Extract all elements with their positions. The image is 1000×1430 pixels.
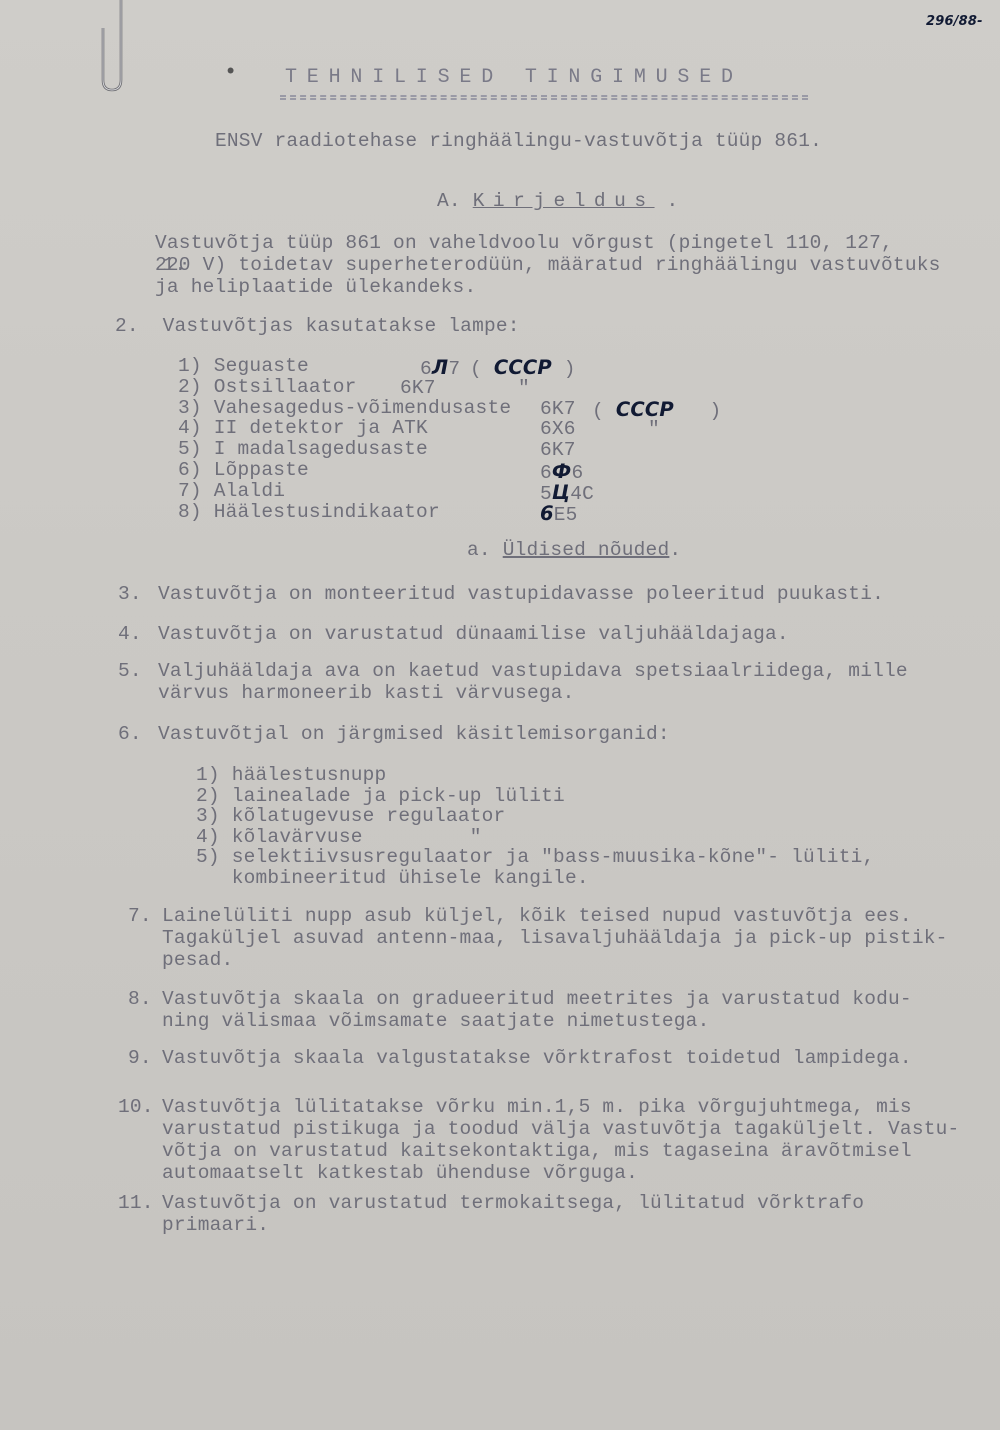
control-item: 2) lainealade ja pick-up lüliti xyxy=(196,786,565,807)
title-double-rule xyxy=(280,95,808,100)
text-line: Vastuvõtja on varustatud dünaamilise val… xyxy=(158,623,789,645)
item-number: 8. xyxy=(128,988,152,1010)
text-line: Vastuvõtja skaala valgustatakse võrktraf… xyxy=(162,1047,912,1069)
typed-type: 6K7 xyxy=(400,377,436,399)
typed-type: 7 xyxy=(448,358,460,380)
section-general-title: Üldised nõuded xyxy=(503,539,670,561)
section-general-prefix: a. xyxy=(467,539,491,561)
lamp-item: 8) Häälestusindikaator xyxy=(178,502,440,523)
item-text: Valjuhääldaja ava on kaetud vastupidava … xyxy=(158,660,908,704)
control-item: 5) selektiivsusregulaator ja "bass-muusi… xyxy=(196,847,874,868)
paren: ) xyxy=(674,400,722,422)
document-page: 296/88- • TEHNILISED TINGIMUSED ENSV raa… xyxy=(0,0,1000,1430)
lamp-item: 2) Ostsillaator xyxy=(178,377,357,398)
item-number: 9. xyxy=(128,1047,152,1069)
paren: ( xyxy=(470,358,494,380)
item-text: Vastuvõtjal on järgmised käsitlemisorgan… xyxy=(158,723,670,745)
section-a-suffix: . xyxy=(666,190,678,212)
text-line: Tagaküljel asuvad antenn-maa, lisavaljuh… xyxy=(162,927,948,949)
lamp-type: 6K7 xyxy=(540,439,576,461)
item-text: Vastuvõtja lülitatakse võrku min.1,5 m. … xyxy=(162,1096,959,1184)
handwritten-correction: 6 xyxy=(540,502,554,525)
handwritten-origin: CCCP xyxy=(494,356,552,379)
lamp-note: " xyxy=(648,418,660,440)
lamp-type: 6X6 xyxy=(540,418,576,440)
item-text: Vastuvõtja skaala valgustatakse võrktraf… xyxy=(162,1047,912,1069)
item-number: 3. xyxy=(118,583,142,605)
control-item: 4) kõlavärvuse " xyxy=(196,827,482,848)
lamp-type: 6K7 xyxy=(400,377,436,399)
control-item: 1) häälestusnupp xyxy=(196,765,386,786)
typed-type: 6K7 xyxy=(540,439,576,461)
item-text: Vastuvõtja on monteeritud vastupidavasse… xyxy=(158,583,884,605)
text-line: primaari. xyxy=(162,1214,864,1236)
lamp-type: 6E5 xyxy=(540,502,578,526)
text-line: ja heliplaatide ülekandeks. xyxy=(155,276,941,298)
text-line: Vastuvõtjal on järgmised käsitlemisorgan… xyxy=(158,723,670,745)
lamp-item: 7) Alaldi xyxy=(178,481,285,502)
paren: ) xyxy=(552,358,576,380)
handwritten-correction: Ц xyxy=(552,481,570,504)
text-line: varustatud pistikuga ja toodud välja vas… xyxy=(162,1118,959,1140)
paragraph-number: 2. xyxy=(115,315,139,337)
section-a-title: Kirjeldus xyxy=(473,190,655,212)
item-text: Vastuvõtja on varustatud dünaamilise val… xyxy=(158,623,789,645)
typed-type: 6X6 xyxy=(540,418,576,440)
item-number: 7. xyxy=(128,905,152,927)
section-a-prefix: A. xyxy=(437,190,461,212)
paperclip-icon xyxy=(95,0,127,94)
text-line: pesad. xyxy=(162,949,948,971)
text-line: võtja on varustatud kaitsekontaktiga, mi… xyxy=(162,1140,959,1162)
item-text: Lainelüliti nupp asub küljel, kõik teise… xyxy=(162,905,948,971)
item-text: Vastuvõtja on varustatud termokaitsega, … xyxy=(162,1192,864,1236)
item-number: 10. xyxy=(118,1096,154,1118)
text-line: automaatselt katkestab ühenduse võrguga. xyxy=(162,1162,959,1184)
text-line: Vastuvõtja lülitatakse võrku min.1,5 m. … xyxy=(162,1096,959,1118)
text-line: Vastuvõtja on varustatud termokaitsega, … xyxy=(162,1192,864,1214)
lamp-note: " xyxy=(518,377,530,399)
document-subtitle: ENSV raadiotehase ringhäälingu-vastuvõtj… xyxy=(215,130,822,152)
text-line: Lainelüliti nupp asub küljel, kõik teise… xyxy=(162,905,948,927)
paragraph-2: 2. Vastuvõtjas kasutatakse lampe: xyxy=(115,315,520,337)
lamp-item: 5) I madalsagedusaste xyxy=(178,439,428,460)
item-text: Vastuvõtja skaala on gradueeritud meetri… xyxy=(162,988,912,1032)
control-item: kombineeritud ühisele kangile. xyxy=(196,868,589,889)
paren: ( xyxy=(592,400,616,422)
control-item: 3) kõlatugevuse regulaator xyxy=(196,806,505,827)
handwritten-correction: Л xyxy=(432,356,448,379)
typed-type: 6K7 xyxy=(540,398,576,420)
item-number: 6. xyxy=(118,723,142,745)
lamp-type: 6K7 xyxy=(540,398,576,420)
item-number: 11. xyxy=(118,1192,154,1214)
text-line: Vastuvõtja on monteeritud vastupidavasse… xyxy=(158,583,884,605)
bullet-mark: • xyxy=(224,60,237,85)
handwritten-origin: CCCP xyxy=(616,398,674,421)
item-number: 5. xyxy=(118,660,142,682)
document-title: TEHNILISED TINGIMUSED xyxy=(285,66,743,89)
text-line: värvus harmoneerib kasti värvusega. xyxy=(158,682,908,704)
paragraph-text: Vastuvõtjas kasutatakse lampe: xyxy=(163,315,520,337)
lamp-item: 1) Seguaste xyxy=(178,356,309,377)
typed-type: E5 xyxy=(554,504,578,526)
section-general-heading: a. Üldised nõuded. xyxy=(467,539,681,561)
handwritten-correction: Ф xyxy=(552,460,572,483)
item-number: 4. xyxy=(118,623,142,645)
lamp-item: 6) Lõppaste xyxy=(178,460,309,481)
handwritten-page-number: 296/88- xyxy=(926,14,983,29)
section-general-suffix: . xyxy=(669,539,681,561)
lamp-item: 3) Vahesagedus-võimendusaste xyxy=(178,398,511,419)
text-line: Valjuhääldaja ava on kaetud vastupidava … xyxy=(158,660,908,682)
section-a-heading: A. Kirjeldus . xyxy=(437,190,678,212)
paragraph-1-text: Vastuvõtja tüüp 861 on vaheldvoolu võrgu… xyxy=(155,232,941,298)
text-line: Vastuvõtja skaala on gradueeritud meetri… xyxy=(162,988,912,1010)
lamp-item: 4) II detektor ja ATK xyxy=(178,418,428,439)
text-line: ning välismaa võimsamate saatjate nimetu… xyxy=(162,1010,912,1032)
text-line: 220 V) toidetav superheterodüün, määratu… xyxy=(155,254,941,276)
text-line: Vastuvõtja tüüp 861 on vaheldvoolu võrgu… xyxy=(155,232,941,254)
